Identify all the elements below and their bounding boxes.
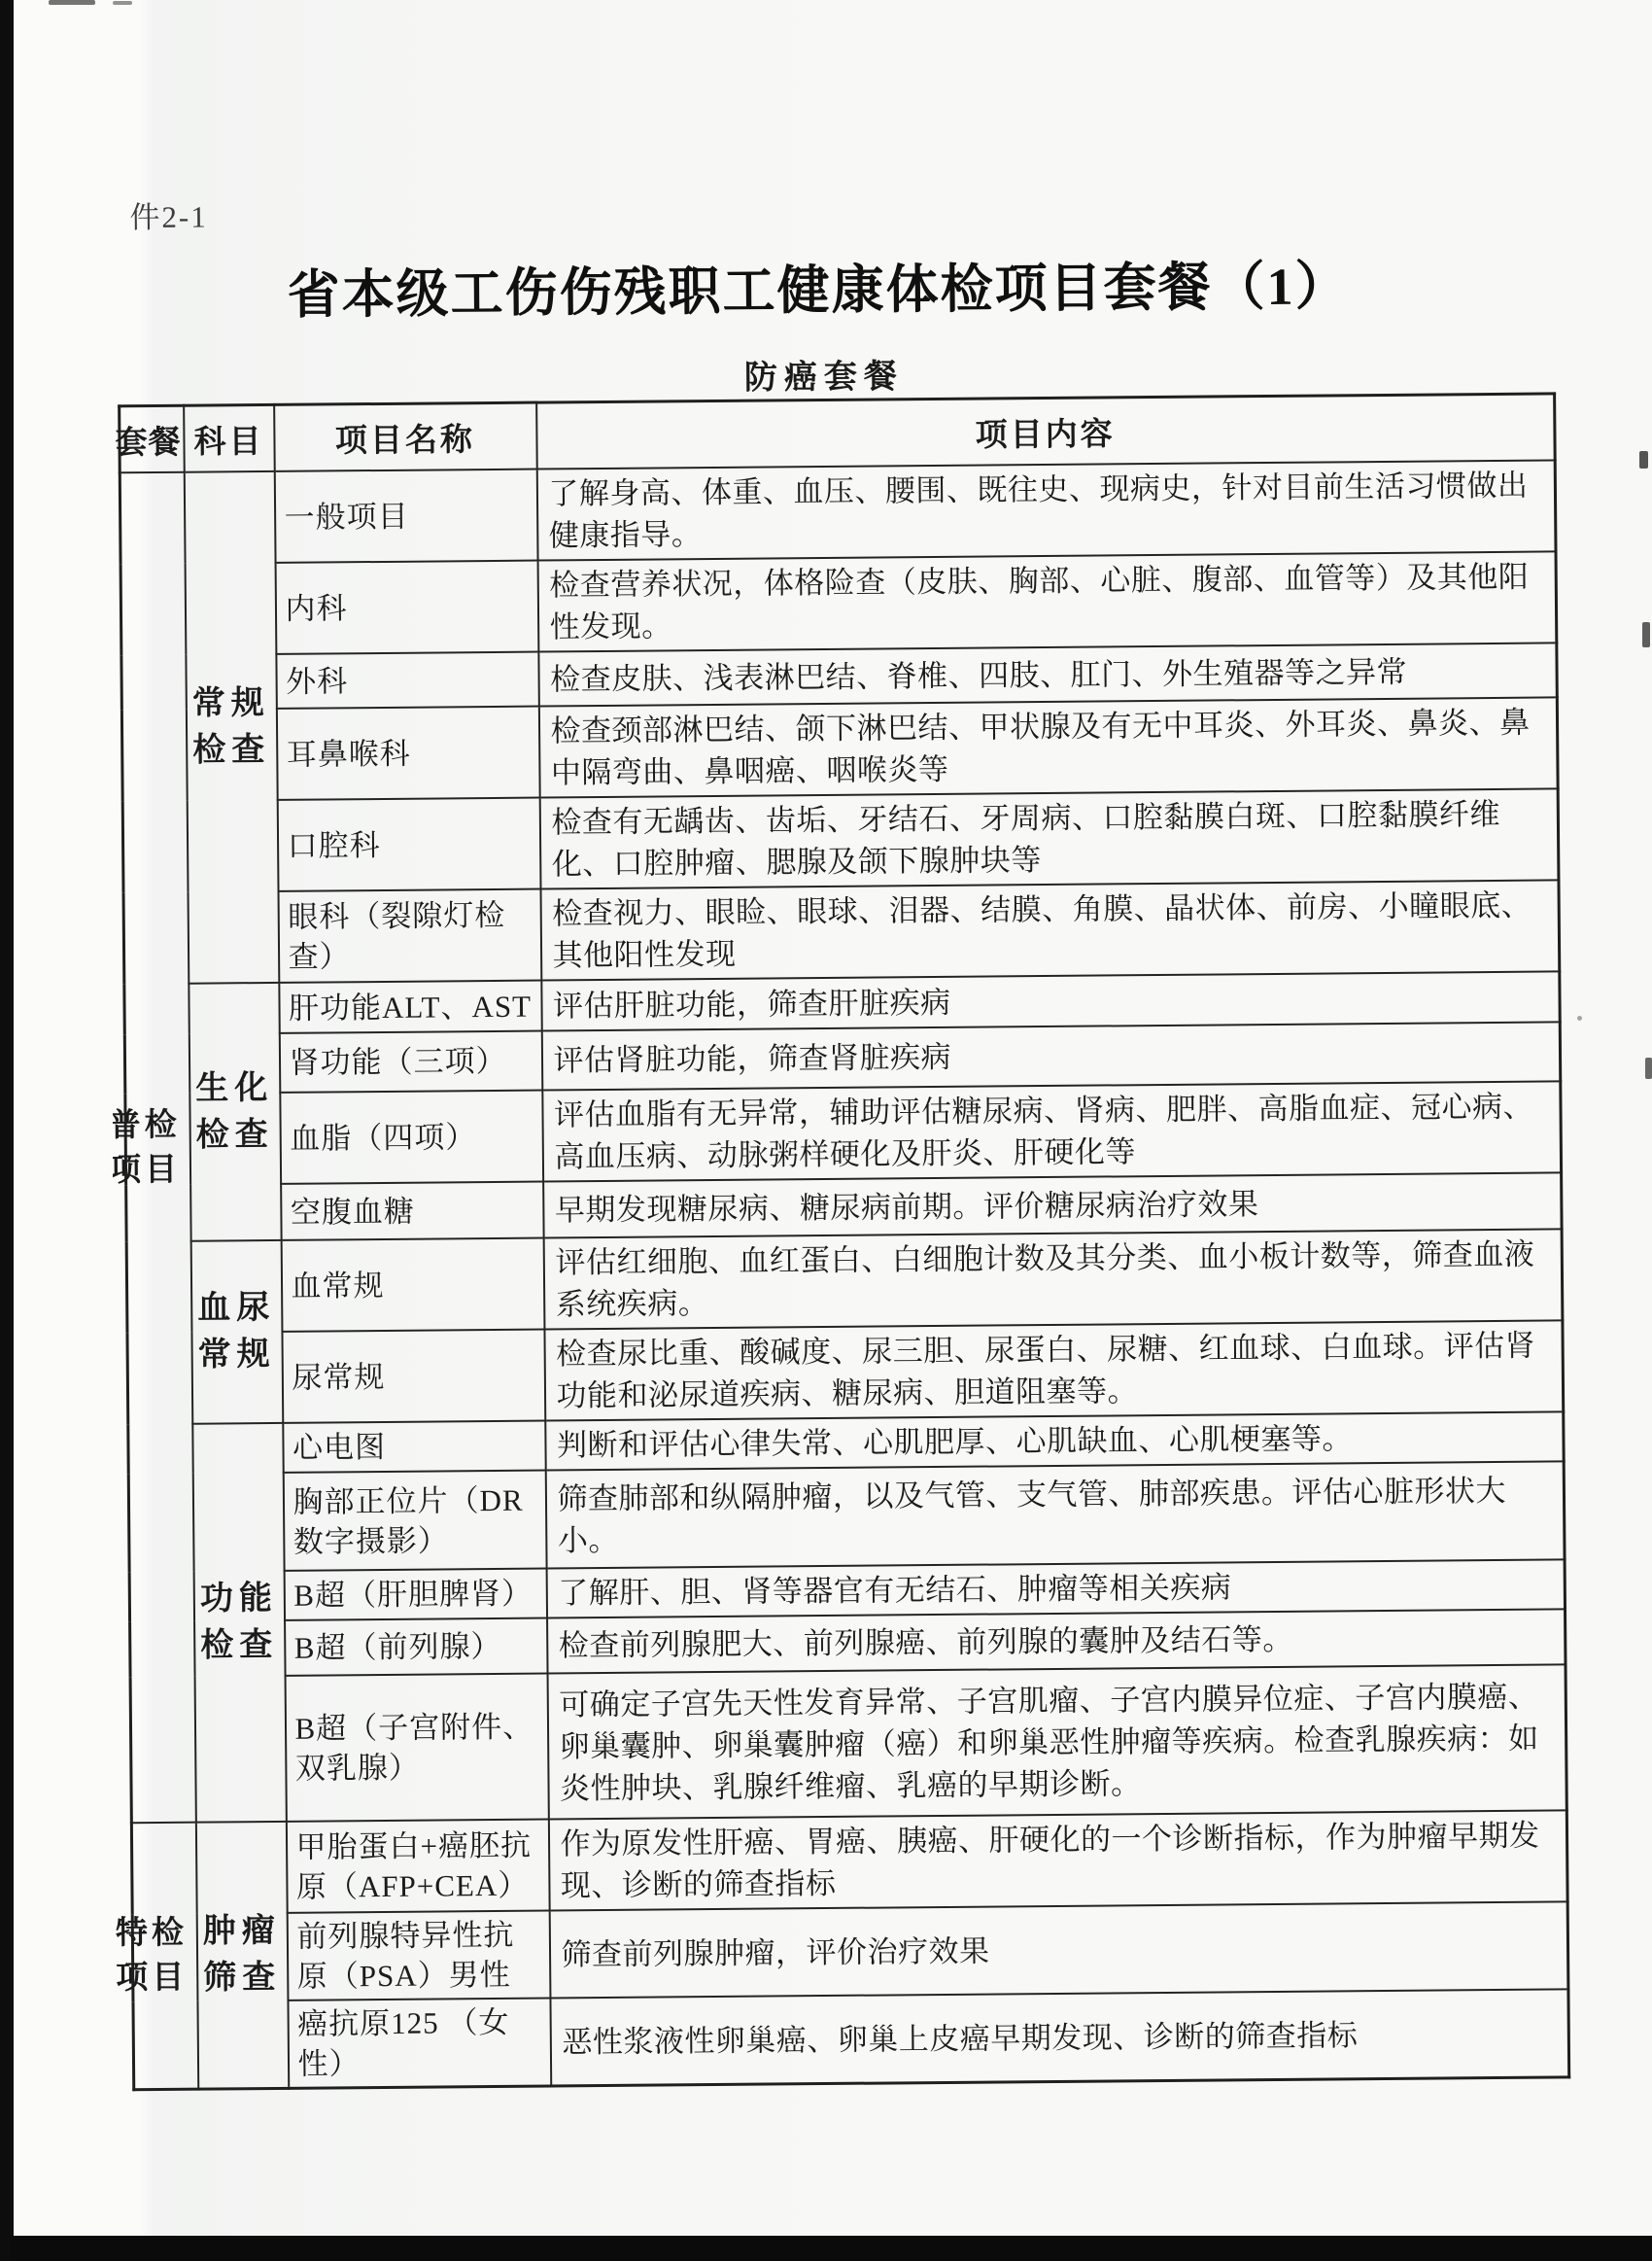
item-name-cell: B超（前列腺） — [285, 1618, 547, 1676]
category-group-cell: 生化 检查 — [189, 983, 281, 1241]
category-group-cell: 肿瘤 筛查 — [195, 1822, 288, 2089]
table-row: 眼科（裂隙灯检查）检查视力、眼睑、眼球、泪器、结膜、角膜、晶状体、前房、小瞳眼底… — [123, 880, 1560, 984]
item-name-cell: 一般项目 — [274, 470, 537, 563]
package-group-cell-0: 普检 项目 — [120, 472, 195, 1824]
item-name-cell: 耳鼻喉科 — [276, 707, 539, 800]
item-name-cell: 尿常规 — [282, 1330, 545, 1423]
item-name-cell: 血脂（四项） — [280, 1091, 543, 1184]
item-content-cell: 检查前列腺肥大、前列腺癌、前列腺的囊肿及结石等。 — [547, 1609, 1566, 1673]
item-name-cell: 肝功能ALT、AST — [279, 981, 541, 1033]
item-name-cell: 血常规 — [281, 1238, 544, 1332]
page-content: 件2-1 省本级工伤伤残职工健康体检项目套餐（1） 防癌套餐 套餐 科目 项目名… — [0, 0, 1652, 2261]
item-name-cell: 外科 — [276, 652, 538, 709]
item-content-cell: 检查尿比重、酸碱度、尿三胆、尿蛋白、尿糖、红血球、白血球。评估肾功能和泌尿道疾病… — [544, 1320, 1564, 1420]
item-content-cell: 了解身高、体重、血压、腰围、既往史、现病史，针对目前生活习惯做出健康指导。 — [536, 460, 1556, 560]
item-name-cell: 甲胎蛋白+癌胚抗原（AFP+CEA） — [286, 1820, 549, 1913]
item-name-cell: 内科 — [275, 561, 538, 654]
item-content-cell: 筛查前列腺肿瘤，评价治疗效果 — [549, 1901, 1568, 1998]
category-group-cell: 血尿 常规 — [190, 1240, 283, 1424]
item-name-cell: B超（肝胆脾肾） — [284, 1569, 546, 1620]
table-row: 内科检查营养状况，体格险查（皮肤、胸部、心脏、腹部、血管等）及其他阳性发现。 — [120, 551, 1557, 655]
scan-artifact-mark — [1645, 1058, 1652, 1079]
scan-artifact-mark — [49, 0, 95, 5]
item-content-cell: 检查皮肤、浅表淋巴结、脊椎、四肢、肛门、外生殖器等之异常 — [538, 643, 1557, 706]
header-item-content: 项目内容 — [536, 394, 1556, 470]
item-content-cell: 筛查肺部和纵隔肿瘤，以及气管、支气管、肺部疾患。评估心脏形状大小。 — [545, 1461, 1565, 1568]
item-name-cell: 心电图 — [283, 1421, 545, 1473]
table-row: 前列腺特异性抗原（PSA）男性筛查前列腺肿瘤，评价治疗效果 — [132, 1901, 1568, 2001]
scanned-page: { "page": { "attachment_label": "件2-1", … — [0, 0, 1652, 2261]
package-group-cell-1: 特检 项目 — [131, 1823, 197, 2090]
table-row: 血脂（四项）评估血脂有无异常，辅助评估糖尿病、肾病、肥胖、高脂血症、冠心病、高血… — [125, 1081, 1562, 1185]
scan-left-edge-fade — [0, 0, 113, 2261]
item-content-cell: 作为原发性肝癌、胃癌、胰癌、肝硬化的一个诊断指标，作为肿瘤早期发现、诊断的筛查指… — [548, 1810, 1567, 1910]
item-name-cell: 口腔科 — [277, 798, 540, 891]
item-name-cell: 眼科（裂隙灯检查） — [278, 889, 541, 983]
table-row: B超（子宫附件、双乳腺）可确定子宫先天性发育异常、子宫肌瘤、子宫内膜异位症、子宫… — [130, 1664, 1566, 1823]
scan-artifact-mark — [113, 1, 132, 5]
attachment-label: 件2-1 — [129, 192, 208, 237]
table-row: 胸部正位片（DR数字摄影）筛查肺部和纵隔肿瘤，以及气管、支气管、肺部疾患。评估心… — [128, 1461, 1565, 1572]
item-content-cell: 恶性浆液性卵巢癌、卵巢上皮癌早期发现、诊断的筛查指标 — [550, 1989, 1569, 2086]
item-content-cell: 评估血脂有无异常，辅助评估糖尿病、肾病、肥胖、高脂血症、冠心病、高血压病、动脉粥… — [542, 1081, 1562, 1181]
item-content-cell: 检查颈部淋巴结、颌下淋巴结、甲状腺及有无中耳炎、外耳炎、鼻炎、鼻中隔弯曲、鼻咽癌… — [538, 697, 1558, 797]
category-group-cell: 功能 检查 — [192, 1423, 287, 1823]
header-category: 科目 — [184, 404, 275, 471]
item-name-cell: 肾功能（三项） — [279, 1031, 542, 1093]
table-row: 尿常规检查尿比重、酸碱度、尿三胆、尿蛋白、尿糖、红血球、白血球。评估肾功能和泌尿… — [127, 1320, 1564, 1424]
scan-artifact-mark — [1639, 451, 1648, 469]
page-title: 省本级工伤伤残职工健康体检项目套餐（1） — [138, 243, 1499, 330]
item-content-cell: 评估肾脏功能，筛查肾脏疾病 — [541, 1022, 1560, 1090]
exam-items-table: 套餐 科目 项目名称 项目内容 普检 项目常规 检查一般项目了解身高、体重、血压… — [118, 392, 1570, 2091]
scan-artifact-mark — [1642, 622, 1650, 647]
table-row: 癌抗原125 （女性）恶性浆液性卵巢癌、卵巢上皮癌早期发现、诊断的筛查指标 — [133, 1989, 1569, 2089]
item-content-cell: 判断和评估心律失常、心肌肥厚、心肌缺血、心肌梗塞等。 — [545, 1411, 1564, 1470]
header-item-name: 项目名称 — [274, 402, 537, 471]
table-row: 耳鼻喉科检查颈部淋巴结、颌下淋巴结、甲状腺及有无中耳炎、外耳炎、鼻炎、鼻中隔弯曲… — [121, 697, 1558, 801]
table-row: 血尿 常规血常规评估红细胞、血红蛋白、白细胞计数及其分类、血小板计数等，筛查血液… — [126, 1229, 1563, 1333]
scan-bottom-black-bar — [10, 2236, 1652, 2261]
table-row: 普检 项目常规 检查一般项目了解身高、体重、血压、腰围、既往史、现病史，针对目前… — [120, 460, 1556, 564]
item-name-cell: 空腹血糖 — [281, 1182, 543, 1240]
table-row: 特检 项目肿瘤 筛查甲胎蛋白+癌胚抗原（AFP+CEA）作为原发性肝癌、胃癌、胰… — [131, 1810, 1567, 1914]
item-content-cell: 评估肝脏功能，筛查肝脏疾病 — [541, 971, 1560, 1030]
item-content-cell: 可确定子宫先天性发育异常、子宫肌瘤、子宫内膜异位症、子宫内膜癌、卵巢囊肿、卵巢囊… — [547, 1664, 1566, 1819]
scan-left-black-strip — [0, 0, 14, 2261]
table-row: 口腔科检查有无龋齿、齿垢、牙结石、牙周病、口腔黏膜白斑、口腔黏膜纤维化、口腔肿瘤… — [122, 788, 1559, 892]
item-content-cell: 了解肝、胆、肾等器官有无结石、肿瘤等相关疾病 — [546, 1559, 1565, 1617]
table-header-row: 套餐 科目 项目名称 项目内容 — [120, 394, 1556, 472]
item-name-cell: 癌抗原125 （女性） — [288, 1999, 551, 2089]
item-content-cell: 检查营养状况，体格险查（皮肤、胸部、心脏、腹部、血管等）及其他阳性发现。 — [537, 551, 1557, 651]
item-name-cell: 胸部正位片（DR数字摄影） — [283, 1471, 546, 1571]
item-content-cell: 评估红细胞、血红蛋白、白细胞计数及其分类、血小板计数等，筛查血液系统疾病。 — [543, 1229, 1563, 1329]
item-name-cell: B超（子宫附件、双乳腺） — [285, 1674, 548, 1822]
category-group-cell: 常规 检查 — [184, 471, 279, 984]
item-name-cell: 前列腺特异性抗原（PSA）男性 — [287, 1911, 550, 2000]
item-content-cell: 早期发现糖尿病、糖尿病前期。评价糖尿病治疗效果 — [543, 1172, 1562, 1237]
scan-artifact-dot — [1577, 1016, 1582, 1021]
item-content-cell: 检查有无龋齿、齿垢、牙结石、牙周病、口腔黏膜白斑、口腔黏膜纤维化、口腔肿瘤、腮腺… — [539, 788, 1559, 888]
header-package: 套餐 — [120, 405, 185, 472]
item-content-cell: 检查视力、眼睑、眼球、泪器、结膜、角膜、晶状体、前房、小瞳眼底、其他阳性发现 — [540, 880, 1560, 980]
